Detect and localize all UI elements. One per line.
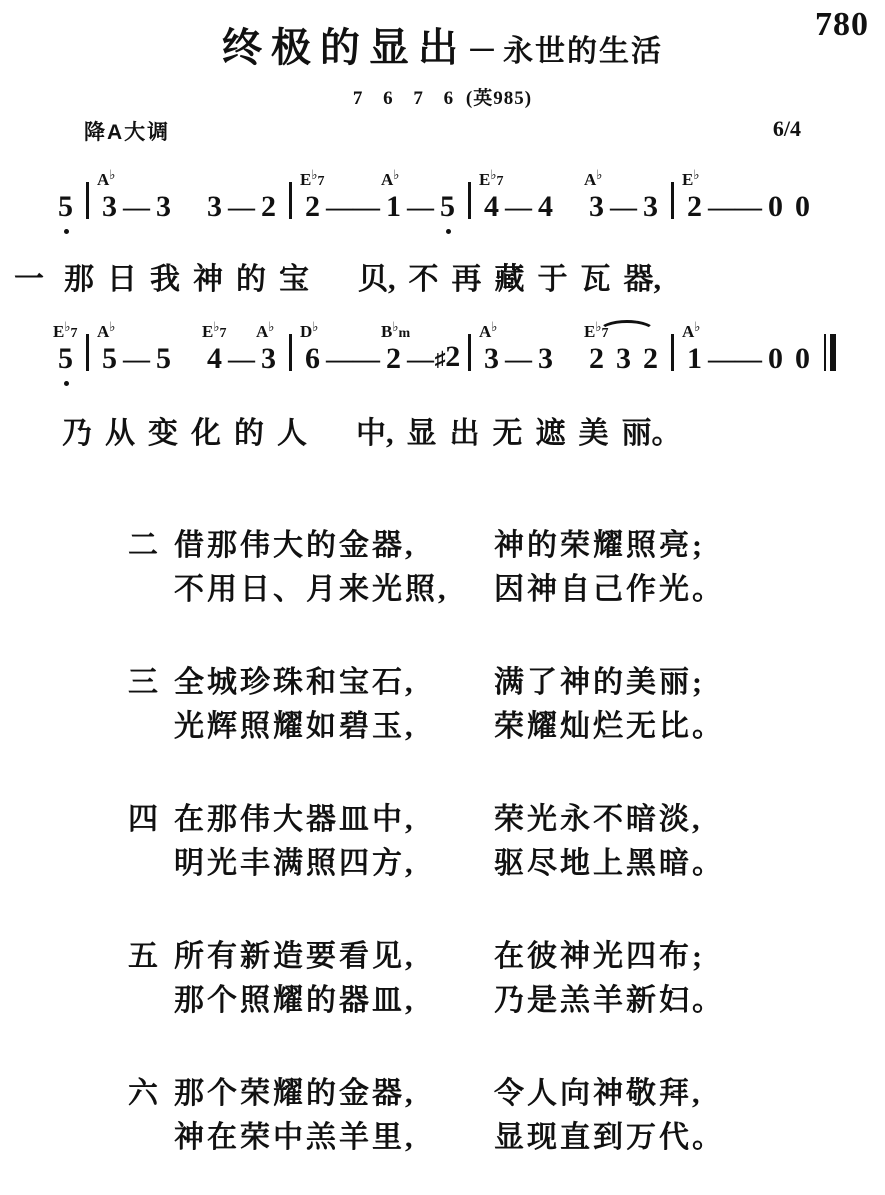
- barline: [461, 308, 478, 388]
- duration-dash: —: [708, 164, 735, 236]
- verse-line: 荣耀灿烂无比。: [494, 705, 885, 749]
- verse-line: 不用日、月来光照,: [174, 568, 494, 612]
- verse: 三全城珍珠和宝石,满了神的美丽;光辉照耀如碧玉,荣耀灿烂无比。: [128, 661, 885, 749]
- low-octave-dot: [64, 229, 69, 234]
- lyric-syllable: 神: [193, 254, 223, 298]
- note: 3: [532, 316, 559, 388]
- note: E♭72: [299, 164, 326, 236]
- lyric-syllable: 宝: [279, 254, 309, 298]
- chord-symbol: E♭7: [53, 316, 77, 345]
- verse: 六那个荣耀的金器,令人向神敬拜,神在荣中羔羊里,显现直到万代。: [128, 1072, 885, 1160]
- verse-number: 五: [128, 935, 174, 979]
- duration-dash: —: [123, 316, 150, 388]
- lyric-syllable: 人: [277, 408, 307, 452]
- verse-indent: [128, 1116, 174, 1160]
- lyric-syllable: 的: [234, 408, 264, 452]
- chord-symbol: A♭: [682, 316, 700, 344]
- verse-line: 明光丰满照四方,: [174, 842, 494, 886]
- lyric-line-1: 一 那日我神的宝贝,不再藏于瓦器,: [14, 254, 885, 298]
- verse-number: 六: [128, 1072, 174, 1116]
- duration-dash: —: [326, 164, 353, 236]
- lyric-syllable: 藏: [495, 254, 525, 298]
- verse-line: 光辉照耀如碧玉,: [174, 705, 494, 749]
- barline: [79, 156, 96, 236]
- lyric-syllable: 那: [64, 254, 94, 298]
- verse-number: 一: [14, 254, 44, 298]
- verse-line: 驱尽地上黑暗。: [494, 842, 885, 886]
- meta-row: 降A大调 6/4: [0, 116, 885, 146]
- chord-symbol: A♭: [97, 164, 115, 192]
- verse-indent: [128, 568, 174, 612]
- meter-reference: (英985): [466, 88, 532, 109]
- verse-number: 三: [128, 661, 174, 705]
- verse-line: 因神自己作光。: [494, 568, 885, 612]
- note: 0: [789, 164, 816, 236]
- flat-icon: ♭: [312, 319, 318, 334]
- barline: [461, 156, 478, 236]
- verse-number: 二: [128, 524, 174, 568]
- music-staff-line-1: 5A♭3—33—2E♭72——A♭1—5E♭74—4A♭3—3E♭2——00: [52, 156, 885, 236]
- beat-gap: [559, 198, 583, 236]
- note: 2: [637, 316, 664, 388]
- flat-icon: ♭: [393, 167, 399, 182]
- duration-dash: —: [735, 316, 762, 388]
- note: B♭m2: [380, 316, 407, 388]
- title-dash: －: [467, 26, 497, 70]
- verse-list: 二借那伟大的金器,神的荣耀照亮;不用日、月来光照,因神自己作光。三全城珍珠和宝石…: [0, 524, 885, 1160]
- key-signature: 降A大调: [84, 116, 170, 146]
- note: A♭3: [255, 316, 282, 388]
- beat-gap: [177, 350, 201, 388]
- barline: [664, 308, 681, 388]
- note: 5: [52, 164, 79, 236]
- verse-line: 借那伟大的金器,: [174, 524, 494, 568]
- lyric-text: 乃从变化的人中,显出无遮美丽。: [62, 408, 695, 452]
- chord-symbol: E♭7: [202, 316, 226, 345]
- note: 0: [762, 316, 789, 388]
- duration-dash: —: [735, 164, 762, 236]
- chord-symbol: A♭: [381, 164, 399, 192]
- flat-icon: ♭: [693, 167, 699, 182]
- lyric-syllable: 从: [105, 408, 135, 452]
- duration-dash: —: [228, 164, 255, 236]
- note: A♭3: [478, 316, 505, 388]
- sharp-icon: ♯: [435, 347, 446, 371]
- hymn-page: 780 终极的显出 － 永世的生活 7 6 7 6 (英985) 降A大调 6/…: [0, 0, 885, 1195]
- barline: [282, 156, 299, 236]
- note: E♭75: [52, 316, 79, 388]
- verse-indent: [128, 705, 174, 749]
- verse-line: 乃是羔羊新妇。: [494, 979, 885, 1023]
- duration-dash: —: [326, 316, 353, 388]
- verse-indent: [128, 842, 174, 886]
- title-main: 终极的显出: [222, 16, 467, 73]
- hymn-title: 终极的显出 － 永世的生活: [0, 16, 885, 73]
- verse: 四在那伟大器皿中,荣光永不暗淡,明光丰满照四方,驱尽地上黑暗。: [128, 798, 885, 886]
- chord-symbol: D♭: [300, 316, 318, 344]
- beat-gap: [177, 198, 201, 236]
- lyric-syllable: 变: [148, 408, 178, 452]
- duration-dash: —: [407, 164, 434, 236]
- note: 3: [610, 316, 637, 388]
- lyric-syllable: 瓦: [581, 254, 611, 298]
- verse-number: 四: [128, 798, 174, 842]
- duration-dash: —: [353, 164, 380, 236]
- note: 3: [150, 164, 177, 236]
- verse-line: 全城珍珠和宝石,: [174, 661, 494, 705]
- verse-line: 那个照耀的器皿,: [174, 979, 494, 1023]
- note: E♭74: [478, 164, 505, 236]
- flat-icon: ♭: [109, 167, 115, 182]
- note: A♭5: [96, 316, 123, 388]
- verse-line: 神在荣中羔羊里,: [174, 1116, 494, 1160]
- music-staff-line-2: E♭75A♭5—5E♭74—A♭3D♭6——B♭m2—♯2A♭3—3E♭7232…: [52, 308, 885, 388]
- lyric-syllable: 贝,: [358, 254, 396, 298]
- verse: 二借那伟大的金器,神的荣耀照亮;不用日、月来光照,因神自己作光。: [128, 524, 885, 612]
- note: 3: [201, 164, 228, 236]
- lyric-syllable: 无: [493, 408, 523, 452]
- flat-icon: ♭: [694, 319, 700, 334]
- chord-symbol: E♭7: [479, 164, 503, 193]
- lyric-syllable: 日: [107, 254, 137, 298]
- verse-line: 显现直到万代。: [494, 1116, 885, 1160]
- lyric-syllable: 美: [579, 408, 609, 452]
- note: E♭74: [201, 316, 228, 388]
- note: 3: [637, 164, 664, 236]
- duration-dash: —: [407, 316, 434, 388]
- duration-dash: —: [610, 164, 637, 236]
- lyric-syllable: 中,: [356, 408, 394, 452]
- lyric-syllable: 我: [150, 254, 180, 298]
- lyric-syllable: 不: [409, 254, 439, 298]
- chord-symbol: A♭: [97, 316, 115, 344]
- lyric-syllable: 丽。: [622, 408, 682, 452]
- lyric-line-2: 乃从变化的人中,显出无遮美丽。: [62, 408, 885, 452]
- title-subtitle: 永世的生活: [503, 26, 663, 70]
- lyric-text: 那日我神的宝贝,不再藏于瓦器,: [64, 254, 674, 298]
- verse-line: 神的荣耀照亮;: [494, 524, 885, 568]
- note: D♭6: [299, 316, 326, 388]
- verse-indent: [128, 979, 174, 1023]
- note: ♯2: [434, 314, 461, 388]
- hymn-number: 780: [815, 6, 869, 44]
- verse-line: 所有新造要看见,: [174, 935, 494, 979]
- note: E♭2: [681, 164, 708, 236]
- lyric-syllable: 的: [236, 254, 266, 298]
- verse-line: 满了神的美丽;: [494, 661, 885, 705]
- note: 0: [762, 164, 789, 236]
- note: A♭3: [583, 164, 610, 236]
- lyric-syllable: 化: [191, 408, 221, 452]
- note: 4: [532, 164, 559, 236]
- note: A♭1: [681, 316, 708, 388]
- chord-symbol: A♭: [584, 164, 602, 192]
- verse-line: 荣光永不暗淡,: [494, 798, 885, 842]
- lyric-syllable: 出: [450, 408, 480, 452]
- time-signature: 6/4: [773, 116, 801, 146]
- lyric-syllable: 遮: [536, 408, 566, 452]
- chord-symbol: B♭m: [381, 316, 410, 345]
- beat-gap: [559, 350, 583, 388]
- note: A♭3: [96, 164, 123, 236]
- flat-icon: ♭: [268, 319, 274, 334]
- low-octave-dot: [64, 381, 69, 386]
- chord-symbol: E♭: [682, 164, 699, 192]
- flat-icon: ♭: [109, 319, 115, 334]
- flat-icon: ♭: [491, 319, 497, 334]
- note: 5: [150, 316, 177, 388]
- duration-dash: —: [353, 316, 380, 388]
- verse-line: 令人向神敬拜,: [494, 1072, 885, 1116]
- lyric-syllable: 乃: [62, 408, 92, 452]
- meter-digits: 7 6 7 6: [353, 88, 461, 109]
- low-octave-dot: [446, 229, 451, 234]
- barline: [664, 156, 681, 236]
- note: 5: [434, 164, 461, 236]
- duration-dash: —: [505, 164, 532, 236]
- lyric-syllable: 再: [452, 254, 482, 298]
- duration-dash: —: [708, 316, 735, 388]
- note: A♭1: [380, 164, 407, 236]
- hymn-meter: 7 6 7 6 (英985): [0, 83, 885, 110]
- duration-dash: —: [123, 164, 150, 236]
- duration-dash: —: [505, 316, 532, 388]
- verse-line: 那个荣耀的金器,: [174, 1072, 494, 1116]
- verse-line: 在那伟大器皿中,: [174, 798, 494, 842]
- flat-icon: ♭: [596, 167, 602, 182]
- barline: [79, 308, 96, 388]
- duration-dash: —: [228, 316, 255, 388]
- verse: 五所有新造要看见,在彼神光四布;那个照耀的器皿,乃是羔羊新妇。: [128, 935, 885, 1023]
- verse-line: 在彼神光四布;: [494, 935, 885, 979]
- chord-symbol: A♭: [256, 316, 274, 344]
- barline: [282, 308, 299, 388]
- note: 0: [789, 316, 816, 388]
- note: E♭72: [583, 316, 610, 388]
- final-barline: [816, 308, 836, 388]
- note: 2: [255, 164, 282, 236]
- lyric-syllable: 显: [407, 408, 437, 452]
- lyric-syllable: 器,: [624, 254, 662, 298]
- chord-symbol: E♭7: [300, 164, 324, 193]
- lyric-syllable: 于: [538, 254, 568, 298]
- chord-symbol: A♭: [479, 316, 497, 344]
